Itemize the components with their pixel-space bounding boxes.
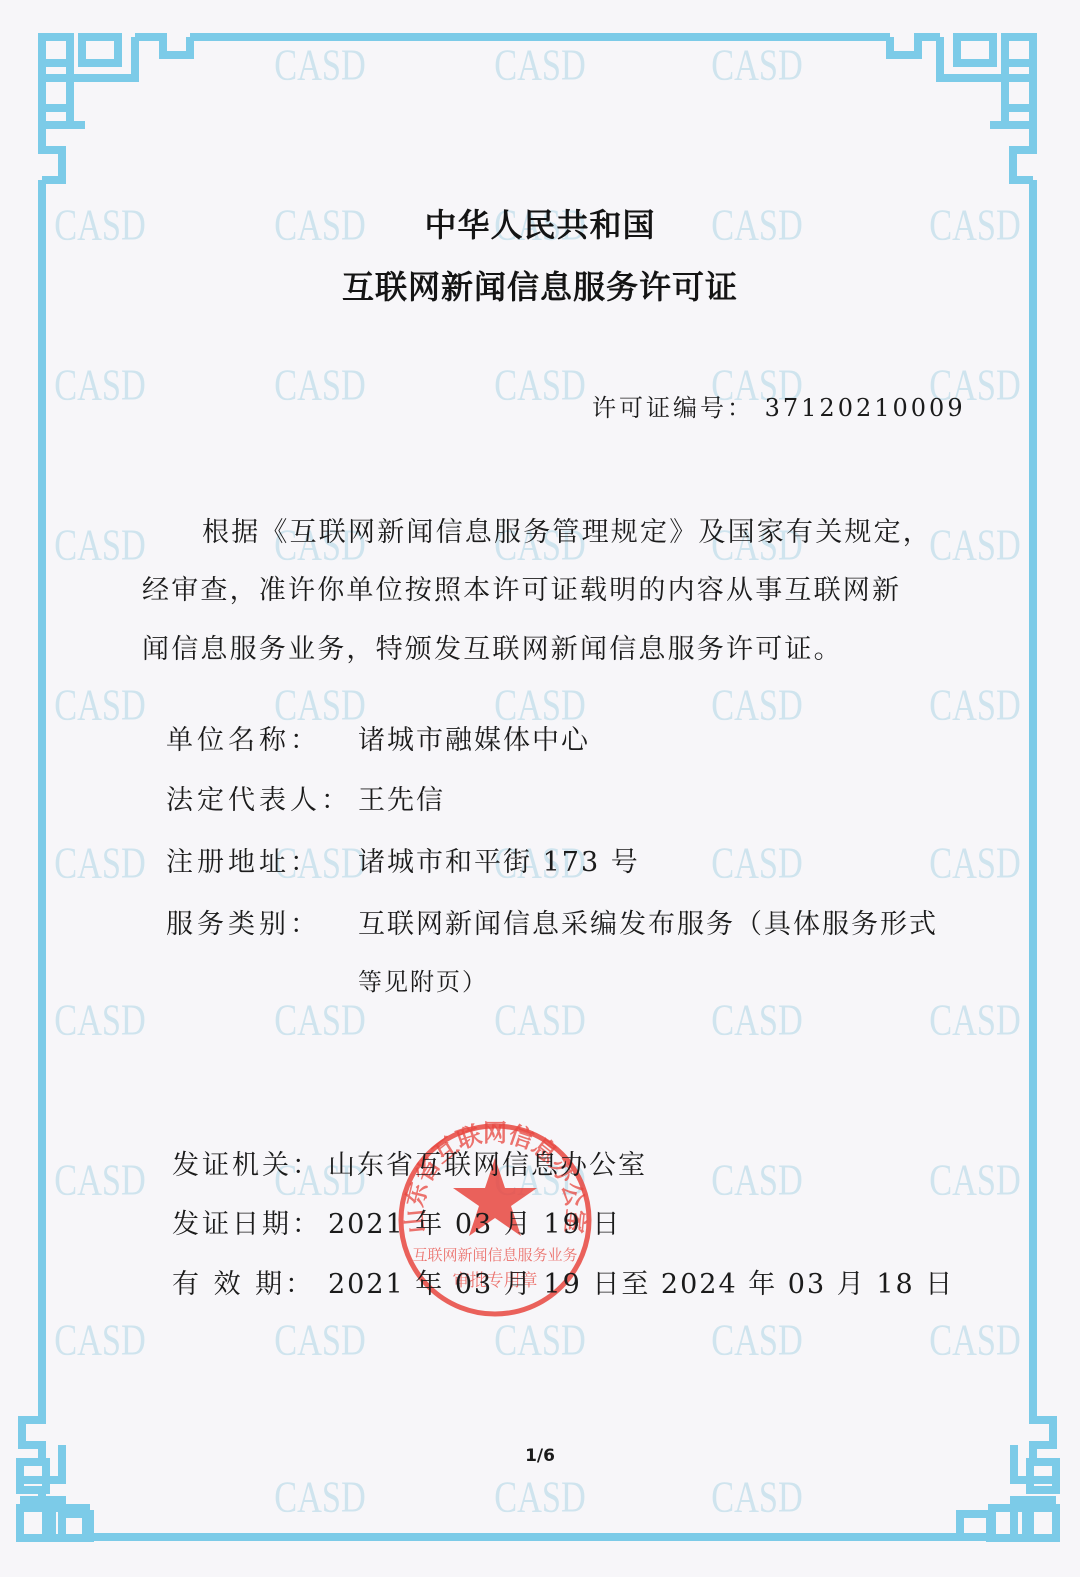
watermark-text: CASD — [54, 360, 146, 411]
watermark-text: CASD — [54, 1315, 146, 1366]
field-label-unit-name: 单位名称： — [166, 718, 321, 757]
watermark-text: CASD — [929, 1155, 1021, 1206]
watermark-text: CASD — [711, 1315, 803, 1366]
watermark-text: CASD — [711, 1472, 803, 1523]
watermark-text: CASD — [711, 995, 803, 1046]
watermark-text: CASD — [274, 995, 366, 1046]
watermark-text: CASD — [494, 1472, 586, 1523]
watermark-text: CASD — [494, 995, 586, 1046]
body-line-1: 根据《互联网新闻信息服务管理规定》及国家有关规定， — [202, 510, 1012, 549]
issuer-label: 发证机关： — [172, 1143, 322, 1182]
watermark-text: CASD — [711, 1155, 803, 1206]
license-page: CASDCASDCASDCASDCASDCASDCASDCASDCASDCASD… — [0, 0, 1080, 1577]
field-label-service-type: 服务类别： — [166, 902, 321, 941]
validity-value: 2021 年 03 月 19 日至 2024 年 03 月 18 日 — [328, 1262, 954, 1301]
title-line-2: 互联网新闻信息服务许可证 — [0, 262, 1080, 308]
watermark-text: CASD — [711, 838, 803, 889]
watermark-text: CASD — [54, 680, 146, 731]
body-line-2: 经审查，准许你单位按照本许可证载明的内容从事互联网新 — [142, 568, 952, 607]
watermark-text: CASD — [929, 995, 1021, 1046]
watermark-text: CASD — [711, 680, 803, 731]
watermark-text: CASD — [54, 995, 146, 1046]
watermark-text: CASD — [494, 40, 586, 91]
field-value-unit-name: 诸城市融媒体中心 — [358, 718, 590, 757]
field-value-address: 诸城市和平街 173 号 — [358, 840, 640, 879]
issue-date-label: 发证日期： — [172, 1202, 322, 1241]
body-line-3: 闻信息服务业务，特颁发互联网新闻信息服务许可证。 — [142, 627, 952, 666]
issue-date-value: 2021 年 03 月 19 日 — [328, 1202, 621, 1241]
watermark-text: CASD — [274, 360, 366, 411]
watermark-text: CASD — [494, 360, 586, 411]
field-value-service-type: 互联网新闻信息采编发布服务（具体服务形式 — [358, 902, 938, 941]
field-label-legal-rep: 法定代表人： — [166, 778, 352, 817]
watermark-text: CASD — [54, 1155, 146, 1206]
field-label-address: 注册地址： — [166, 840, 321, 879]
issuer-value: 山东省互联网信息办公室 — [328, 1143, 647, 1182]
title-line-1: 中华人民共和国 — [0, 200, 1080, 246]
watermark-text: CASD — [929, 838, 1021, 889]
field-value-legal-rep: 王先信 — [358, 778, 445, 817]
watermark-text: CASD — [274, 1472, 366, 1523]
page-number: 1/6 — [0, 1446, 1080, 1466]
license-number: 许可证编号： 37120210009 — [592, 388, 966, 423]
watermark-text: CASD — [54, 838, 146, 889]
watermark-text: CASD — [711, 40, 803, 91]
validity-label: 有 效 期： — [172, 1262, 315, 1301]
watermark-text: CASD — [494, 1315, 586, 1366]
field-value-service-type-cont: 等见附页） — [358, 962, 488, 997]
watermark-text: CASD — [929, 680, 1021, 731]
watermark-text: CASD — [274, 1315, 366, 1366]
watermark-text: CASD — [54, 520, 146, 571]
watermark-text: CASD — [929, 1315, 1021, 1366]
watermark-text: CASD — [274, 40, 366, 91]
